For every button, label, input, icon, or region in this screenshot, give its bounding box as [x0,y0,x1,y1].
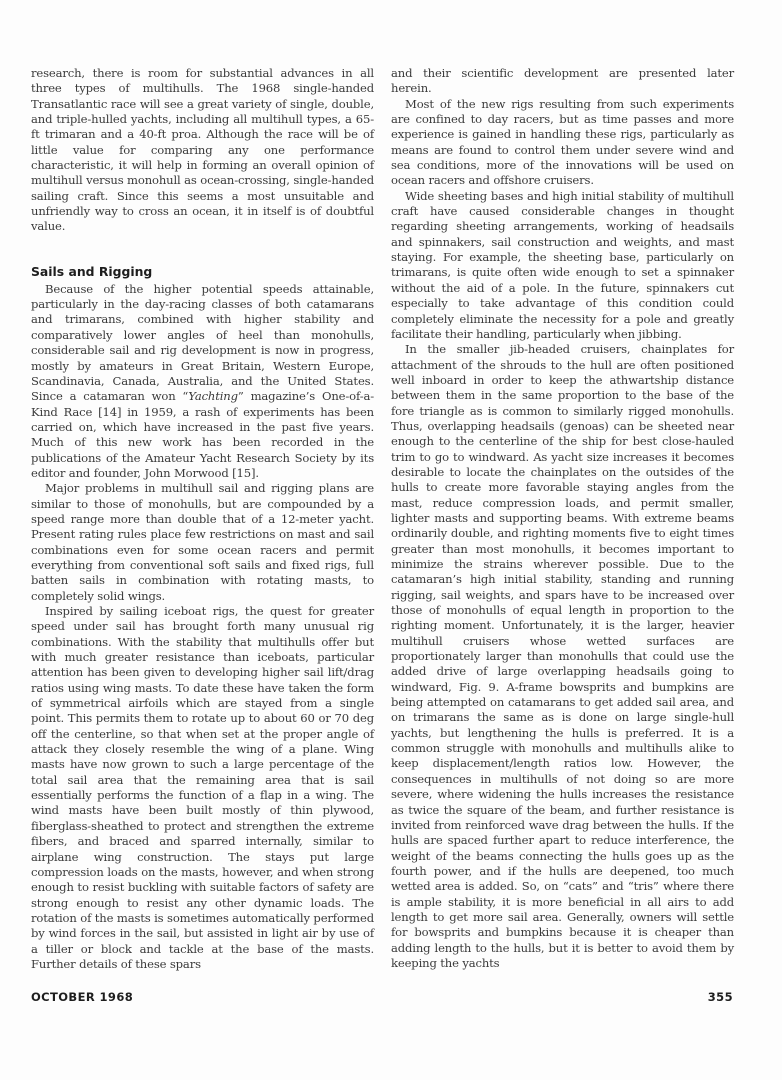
paragraph: Most of the new rigs resulting from such… [391,97,734,189]
paragraph-text: Because of the higher potential speeds a… [31,282,374,403]
paragraph: Inspired by sailing iceboat rigs, the qu… [31,604,374,972]
section-heading: Sails and Rigging [31,264,374,280]
right-column: and their scientific development are pre… [391,66,734,971]
paragraph: Wide sheeting bases and high initial sta… [391,189,734,342]
italic-title: Yachting [188,389,238,403]
document-page: research, there is room for substantial … [0,0,782,1080]
paragraph: Major problems in multihull sail and rig… [31,481,374,604]
paragraph: Because of the higher potential speeds a… [31,282,374,481]
paragraph-continuation: research, there is room for substantial … [31,66,374,235]
footer-issue-date: OCTOBER 1968 [31,990,133,1004]
left-column: research, there is room for substantial … [31,66,374,972]
paragraph: In the smaller jib-headed cruisers, chai… [391,342,734,971]
paragraph-continuation: and their scientific development are pre… [391,66,734,97]
footer-page-number: 355 [708,990,733,1004]
